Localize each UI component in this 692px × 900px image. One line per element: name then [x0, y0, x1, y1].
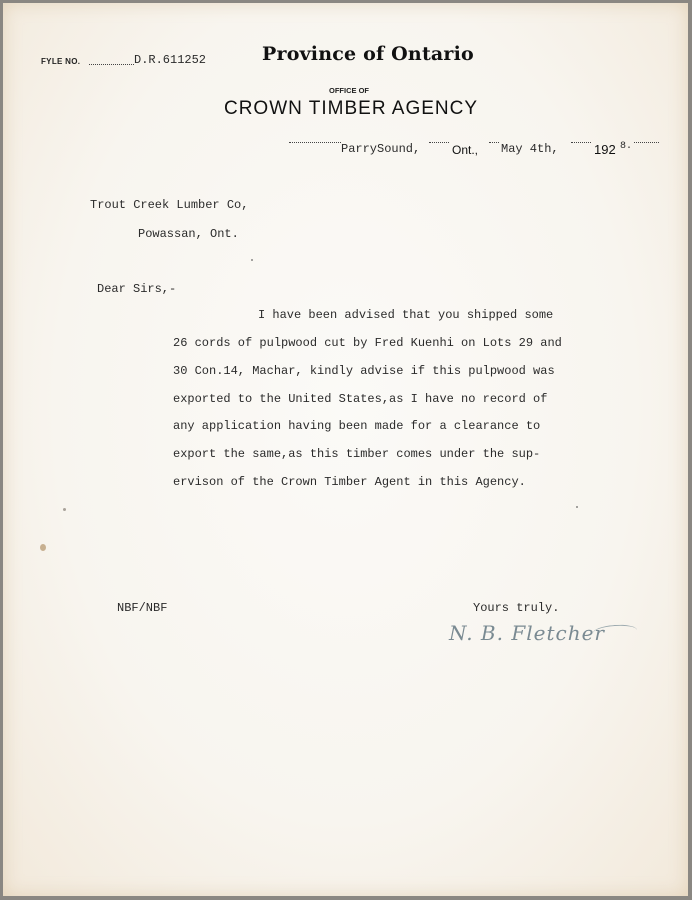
typist-initials: NBF/NBF [117, 599, 167, 617]
dotted-line [571, 142, 591, 143]
date-year-suffix: 8. [620, 141, 632, 152]
date-province: Ont., [452, 143, 478, 157]
office-of-label: OFFICE OF [3, 86, 692, 95]
sign-off: Yours truly. [473, 599, 559, 617]
province-heading: Province of Ontario [262, 43, 474, 65]
body-line: 26 cords of pulpwood cut by Fred Kuenhi … [173, 334, 562, 352]
dotted-line [289, 142, 341, 143]
date-place: ParrySound, [341, 142, 420, 156]
body-line: ervison of the Crown Timber Agent in thi… [173, 473, 526, 491]
body-line: exported to the United States,as I have … [173, 390, 547, 408]
paper-stain [40, 544, 46, 551]
signature: N. B. Fletcher [449, 621, 605, 645]
paper-speck [251, 259, 253, 261]
body-line: 30 Con.14, Machar, kindly advise if this… [173, 362, 555, 380]
dateline: ParrySound, Ont., May 4th, 192 8. [289, 142, 659, 158]
recipient-address: Powassan, Ont. [138, 225, 239, 243]
paper-speck [63, 508, 66, 511]
dotted-line [634, 142, 659, 143]
body-line: any application having been made for a c… [173, 417, 540, 435]
fyle-dotted-line [89, 64, 134, 65]
dotted-line [429, 142, 449, 143]
letter-page: FYLE NO. D.R.611252 Province of Ontario … [3, 3, 688, 896]
salutation: Dear Sirs,- [97, 280, 176, 298]
body-line: export the same,as this timber comes und… [173, 445, 540, 463]
paper-speck [576, 506, 578, 508]
date-year-prefix: 192 [594, 142, 616, 157]
date-day: May 4th, [501, 142, 559, 156]
fyle-number: D.R.611252 [134, 53, 206, 67]
dotted-line [489, 142, 499, 143]
recipient-name: Trout Creek Lumber Co, [90, 196, 248, 214]
fyle-label: FYLE NO. [41, 57, 80, 66]
agency-title: CROWN TIMBER AGENCY [3, 98, 692, 120]
body-line: I have been advised that you shipped som… [258, 306, 553, 324]
